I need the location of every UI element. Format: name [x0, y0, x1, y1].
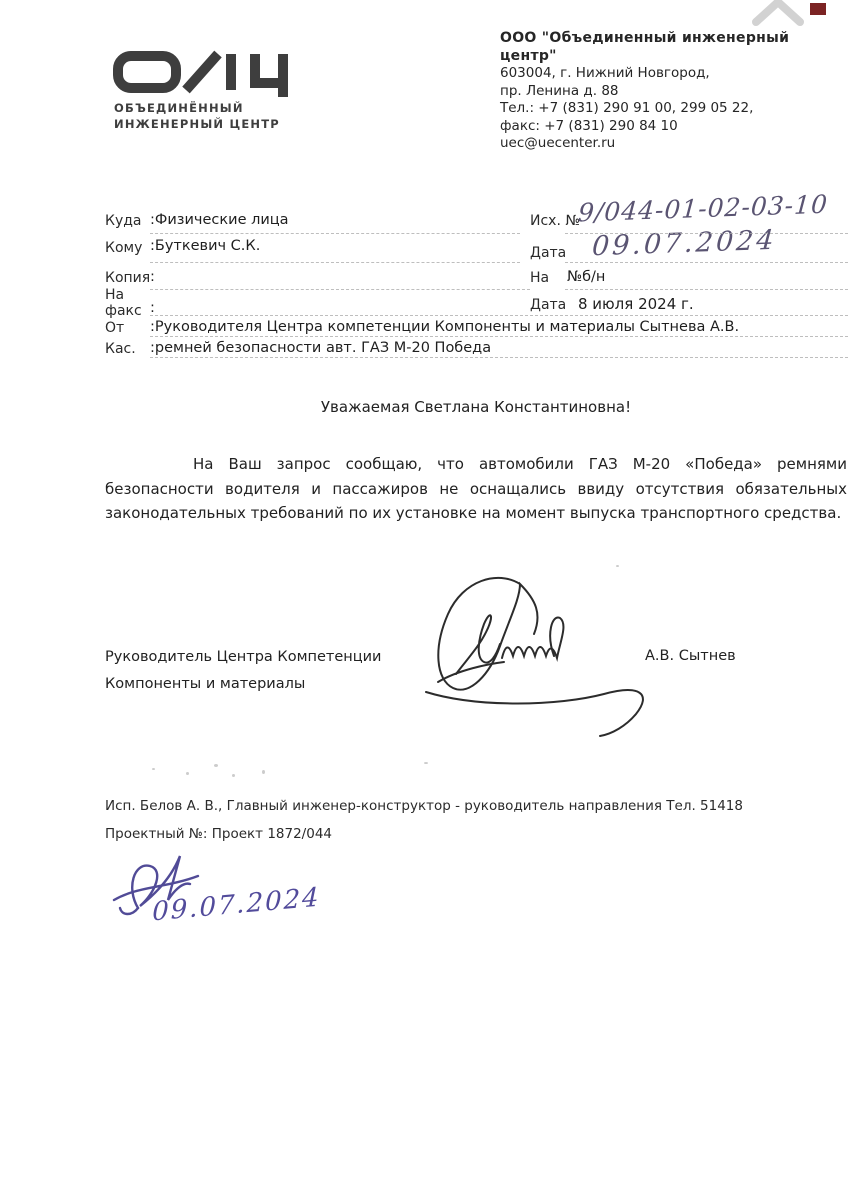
scan-speck: [232, 774, 235, 777]
field-value-date2: 8 июля 2024 г.: [578, 295, 694, 313]
field-label-in-no: На: [530, 270, 549, 286]
director-signature: [408, 562, 664, 740]
field-label-date2: Дата: [530, 297, 566, 313]
scan-speck: [152, 768, 155, 770]
company-name: ООО "Объединенный инженерный центр": [500, 30, 850, 65]
executor-line: Исп. Белов А. В., Главный инженер-констр…: [105, 798, 743, 814]
field-label-komu: Кому: [105, 240, 142, 256]
company-address-line1: 603004, г. Нижний Новгород,: [500, 65, 850, 83]
company-logo: [112, 46, 317, 98]
field-label-kas: Кас.: [105, 341, 136, 357]
field-label-kopiya: Копия: [105, 270, 150, 286]
scan-speck: [186, 772, 189, 775]
form-line: [150, 315, 848, 316]
form-line: [150, 262, 520, 263]
field-value-kas: :ремней безопасности авт. ГАЗ М-20 Побед…: [150, 340, 491, 356]
handwritten-out-number: 9/044-01-02-03-10: [577, 190, 829, 228]
field-label-kuda: Куда: [105, 213, 141, 229]
form-line: [150, 336, 848, 337]
signer-title-line1: Руководитель Центра Компетенции: [105, 644, 381, 671]
field-value-komu: :Буткевич С.К.: [150, 238, 260, 254]
company-requisites: ООО "Объединенный инженерный центр" 6030…: [500, 30, 850, 153]
form-line: [565, 233, 848, 234]
letter-body: На Ваш запрос сообщаю, что автомобили ГА…: [105, 452, 847, 526]
field-label-na-faks: На факс: [105, 287, 147, 319]
form-line: [565, 289, 848, 290]
handwritten-date: 09.07.2024: [591, 225, 778, 263]
scanned-letter-page: ОБЪЕДИНЁННЫЙ ИНЖЕНЕРНЫЙ ЦЕНТР ООО "Объед…: [0, 0, 855, 1200]
chevron-up-icon[interactable]: [750, 0, 806, 26]
form-line: [150, 289, 530, 290]
scan-speck: [616, 565, 619, 567]
project-line: Проектный №: Проект 1872/044: [105, 826, 332, 842]
viewer-marker-badge: [810, 3, 826, 15]
field-value-kopiya: :: [150, 269, 155, 285]
logo-caption-line1: ОБЪЕДИНЁННЫЙ: [114, 100, 244, 116]
field-value-kuda: :Физические лица: [150, 212, 289, 228]
scan-speck: [214, 764, 218, 767]
signer-title-line2: Компоненты и материалы: [105, 671, 305, 698]
form-line: [565, 262, 848, 263]
salutation: Уважаемая Светлана Константиновна!: [105, 398, 847, 416]
field-label-date: Дата: [530, 245, 566, 261]
field-value-in-no: №б/н: [567, 269, 605, 285]
field-label-ot: От: [105, 320, 124, 336]
form-line: [150, 357, 848, 358]
scan-speck: [262, 770, 265, 774]
logo-caption-line2: ИНЖЕНЕРНЫЙ ЦЕНТР: [114, 116, 280, 132]
company-fax: факс: +7 (831) 290 84 10: [500, 118, 850, 136]
field-label-out-no: Исх. №: [530, 213, 580, 229]
field-value-ot: :Руководителя Центра компетенции Компоне…: [150, 319, 739, 335]
company-email: uec@uecenter.ru: [500, 135, 850, 153]
company-phone: Тел.: +7 (831) 290 91 00, 299 05 22,: [500, 100, 850, 118]
field-value-na-faks: :: [150, 300, 155, 316]
company-address-line2: пр. Ленина д. 88: [500, 83, 850, 101]
form-line: [150, 233, 520, 234]
scan-speck: [424, 762, 428, 764]
